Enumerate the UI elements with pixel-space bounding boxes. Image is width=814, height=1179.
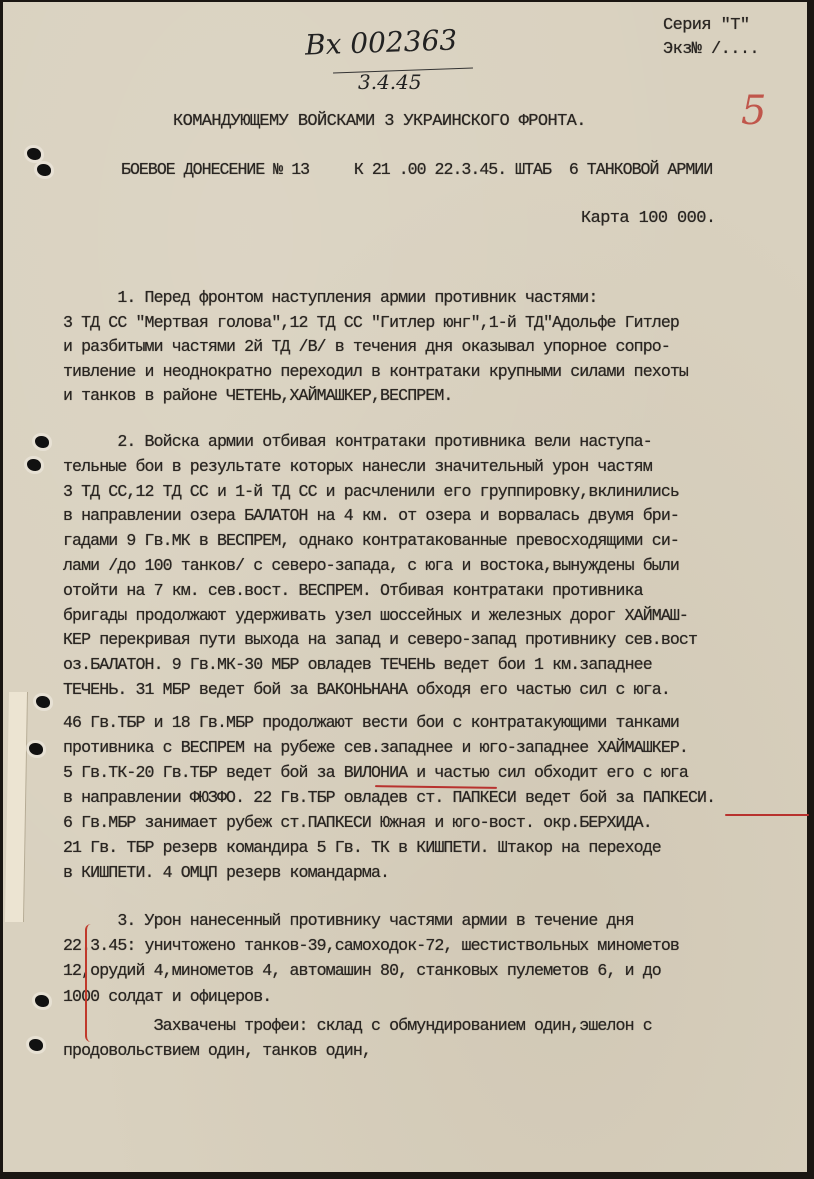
text-line: бригады продолжают удерживать узел шоссе… <box>63 606 688 625</box>
text-line: 3 ТД СС,12 ТД СС и 1-й ТД СС и расчленил… <box>63 482 679 501</box>
text-line: 12,орудий 4,минометов 4, автомашин 80, с… <box>63 961 661 980</box>
punch-hole <box>37 164 51 176</box>
addressee: КОМАНДУЮЩЕМУ ВОЙСКАМИ 3 УКРАИНСКОГО ФРОН… <box>173 112 586 131</box>
text-line: Захвачены трофеи: склад с обмундирование… <box>63 1016 652 1035</box>
text-line: 5 Гв.ТК-20 Гв.ТБР ведет бой за ВИЛОНИА и… <box>63 763 688 782</box>
incoming-number: Вх 002363 <box>304 23 457 61</box>
red-margin-bracket <box>85 924 93 1042</box>
text-line: лами /до 100 танков/ с северо-запада, с … <box>63 556 679 575</box>
text-line: 6 Гв.МБР занимает рубеж ст.ПАПКЕСИ Южная… <box>63 813 652 832</box>
text-line: ТЕЧЕНЬ. 31 МБР ведет бой за ВАКОНЬНАНА о… <box>63 680 670 699</box>
text-line: оз.БАЛАТОН. 9 Гв.МК-30 МБР овладев ТЕЧЕН… <box>63 655 652 674</box>
text-line: КЕР перекривая пути выхода на запад и се… <box>63 630 697 649</box>
report-title: БОЕВОЕ ДОНЕСЕНИЕ № 13 К 21 .00 22.3.45. … <box>121 160 712 179</box>
punch-hole <box>35 995 49 1007</box>
copy-label: Экз№ /.... <box>663 40 759 59</box>
text-line: в КИШПЕТИ. 4 ОМЦП резерв командарма. <box>63 863 389 882</box>
incoming-date: 3.4.45 <box>358 70 422 94</box>
text-line: отойти на 7 км. сев.вост. ВЕСПРЕМ. Отбив… <box>63 581 643 600</box>
punch-hole <box>29 743 43 755</box>
text-line: противника с ВЕСПРЕМ на рубеже сев.запад… <box>63 738 688 757</box>
text-line: 1000 солдат и офицеров. <box>63 987 271 1006</box>
text-line: тельные бои в результате которых нанесли… <box>63 457 652 476</box>
text-line: и танков в районе ЧЕТЕНЬ,ХАЙМАШКЕР,ВЕСПР… <box>63 386 453 405</box>
text-line: 46 Гв.ТБР и 18 Гв.МБР продолжают вести б… <box>63 713 679 732</box>
punch-hole <box>27 148 41 160</box>
series-label: Серия "Т" <box>663 16 749 35</box>
red-underline-papkesi <box>725 814 809 816</box>
map-scale: Карта 100 000. <box>581 209 715 228</box>
text-line: 3 ТД СС "Мертвая голова",12 ТД СС "Гитле… <box>63 313 679 332</box>
punch-hole <box>29 1039 43 1051</box>
text-line: в направлении ФЮЗФО. 22 Гв.ТБР овладев с… <box>63 788 715 807</box>
text-line: продовольствием один, танков один, <box>63 1041 371 1060</box>
text-line: тивление и неоднократно переходил в конт… <box>63 362 688 381</box>
text-line: 2. Войска армии отбивая контратаки проти… <box>63 432 652 451</box>
punch-hole <box>35 436 49 448</box>
page-number-handwritten: 5 <box>741 88 766 134</box>
text-line: 1. Перед фронтом наступления армии проти… <box>63 288 597 307</box>
document-page: Вх 002363 3.4.45 Серия "Т" Экз№ /.... 5 … <box>3 2 807 1172</box>
text-line: гадами 9 Гв.МК в ВЕСПРЕМ, однако контрат… <box>63 531 679 550</box>
punch-hole <box>27 459 41 471</box>
punch-hole <box>36 696 50 708</box>
text-line: 22.3.45: уничтожено танков-39,самоходок-… <box>63 936 679 955</box>
text-line: 21 Гв. ТБР резерв командира 5 Гв. ТК в К… <box>63 838 661 857</box>
folded-paper-edge <box>5 692 28 922</box>
text-line: и разбитыми частями 2й ТД /В/ в течения … <box>63 337 670 356</box>
text-line: 3. Урон нанесенный противнику частями ар… <box>63 911 634 930</box>
text-line: в направлении озера БАЛАТОН на 4 км. от … <box>63 506 679 525</box>
